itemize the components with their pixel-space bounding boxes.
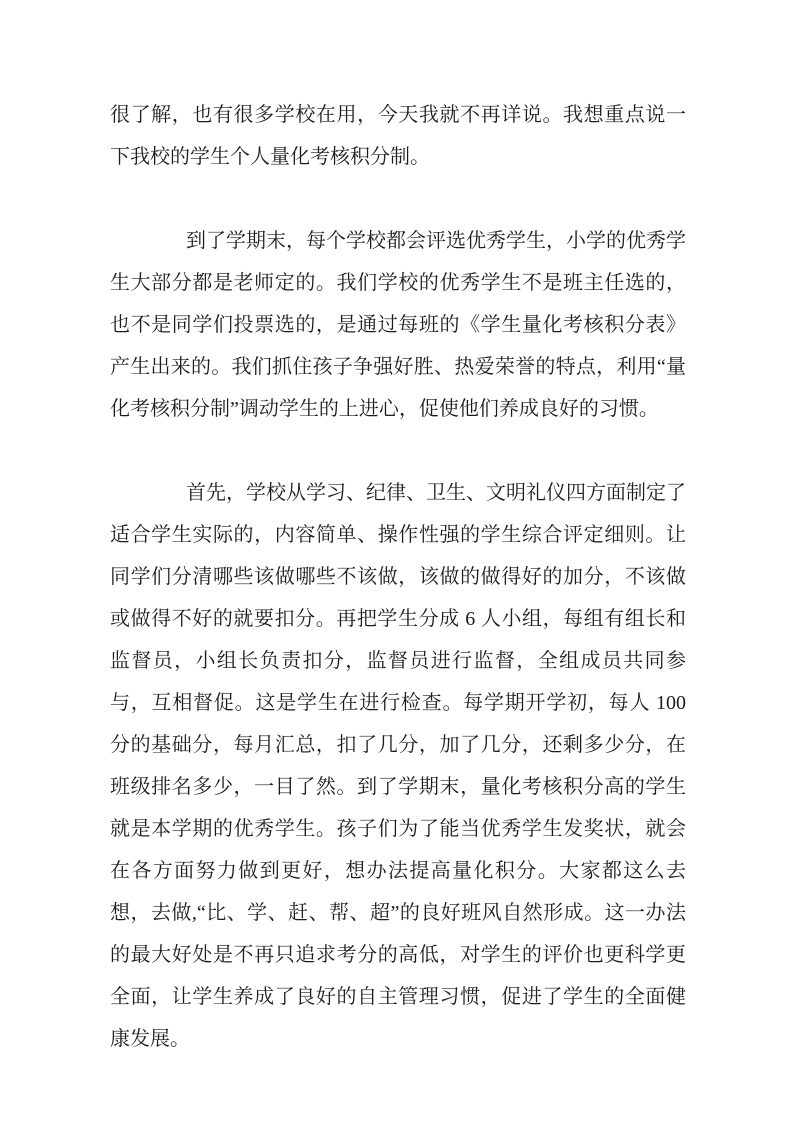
paragraph-term-end-selection: 到了学期末，每个学校都会评选优秀学生，小学的优秀学生大部分都是老师定的。我们学校…	[110, 220, 686, 430]
paragraph-assessment-rules: 首先，学校从学习、纪律、卫生、文明礼仪四方面制定了适合学生实际的，内容简单、操作…	[110, 472, 686, 1060]
paragraph-continuation: 很了解，也有很多学校在用，今天我就不再详说。我想重点说一下我校的学生个人量化考核…	[110, 94, 686, 178]
document-page: 很了解，也有很多学校在用，今天我就不再详说。我想重点说一下我校的学生个人量化考核…	[0, 0, 793, 1122]
